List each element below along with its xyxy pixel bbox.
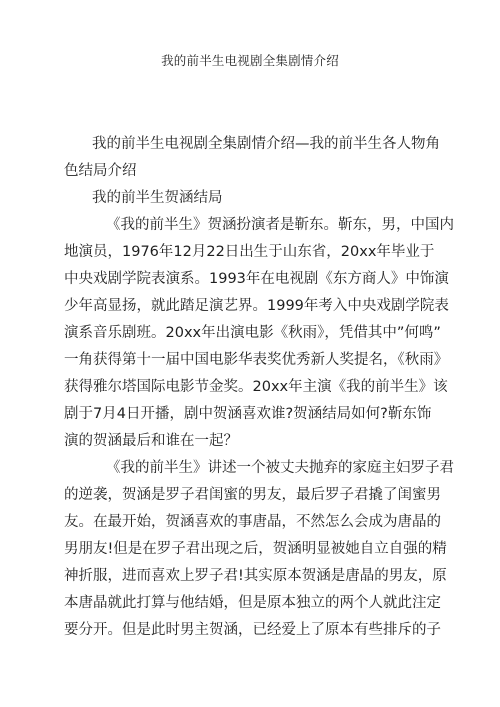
- body-text-line: 我的前半生电视剧全集剧情介绍—我的前半生各人物角: [64, 131, 464, 158]
- document-page: 我的前半生电视剧全集剧情介绍 我的前半生电视剧全集剧情介绍—我的前半生各人物角色…: [0, 0, 500, 707]
- body-text-line: 演的贺涵最后和谁在一起？: [64, 428, 464, 455]
- body-text-line: 获得雅尔塔国际电影节金奖。20xx年主演《我的前半生》该: [64, 374, 464, 401]
- body-text-line: 少年高显扬，就此踏足演艺界。1999年考入中央戏剧学院表: [64, 293, 464, 320]
- body-text-line: 《我的前半生》贺涵扮演者是靳东。靳东，男，中国内: [64, 212, 464, 239]
- body-text-line: 《我的前半生》讲述一个被丈夫抛弃的家庭主妇罗子君: [64, 455, 464, 482]
- document-body: 我的前半生电视剧全集剧情介绍—我的前半生各人物角色结局介绍我的前半生贺涵结局《我…: [64, 131, 464, 644]
- body-text-line: 色结局介绍: [64, 158, 464, 185]
- body-text-line: 演系音乐剧班。20xx年出演电影《秋雨》，凭借其中”何鸣”: [64, 320, 464, 347]
- body-text-line: 友。在最开始，贺涵喜欢的事唐晶，不然怎么会成为唐晶的: [64, 509, 464, 536]
- body-text-line: 神折服，进而喜欢上罗子君!其实原本贺涵是唐晶的男友，原: [64, 563, 464, 590]
- body-text-line: 地演员，1976年12月22日出生于山东省，20xx年毕业于: [64, 239, 464, 266]
- body-text-line: 要分开。但是此时男主贺涵，已经爱上了原本有些排斥的子: [64, 617, 464, 644]
- body-text-line: 剧于7月4日开播，剧中贺涵喜欢谁?贺涵结局如何?靳东饰: [64, 401, 464, 428]
- body-text-line: 的逆袭，贺涵是罗子君闺蜜的男友，最后罗子君撬了闺蜜男: [64, 482, 464, 509]
- body-text-line: 男朋友!但是在罗子君出现之后，贺涵明显被她自立自强的精: [64, 536, 464, 563]
- body-text-line: 本唐晶就此打算与他结婚，但是原本独立的两个人就此注定: [64, 590, 464, 617]
- body-text-line: 中央戏剧学院表演系。1993年在电视剧《东方商人》中饰演: [64, 266, 464, 293]
- body-text-line: 我的前半生贺涵结局: [64, 185, 464, 212]
- document-title: 我的前半生电视剧全集剧情介绍: [0, 51, 500, 69]
- body-text-line: 一角获得第十一届中国电影华表奖优秀新人奖提名，《秋雨》: [64, 347, 464, 374]
